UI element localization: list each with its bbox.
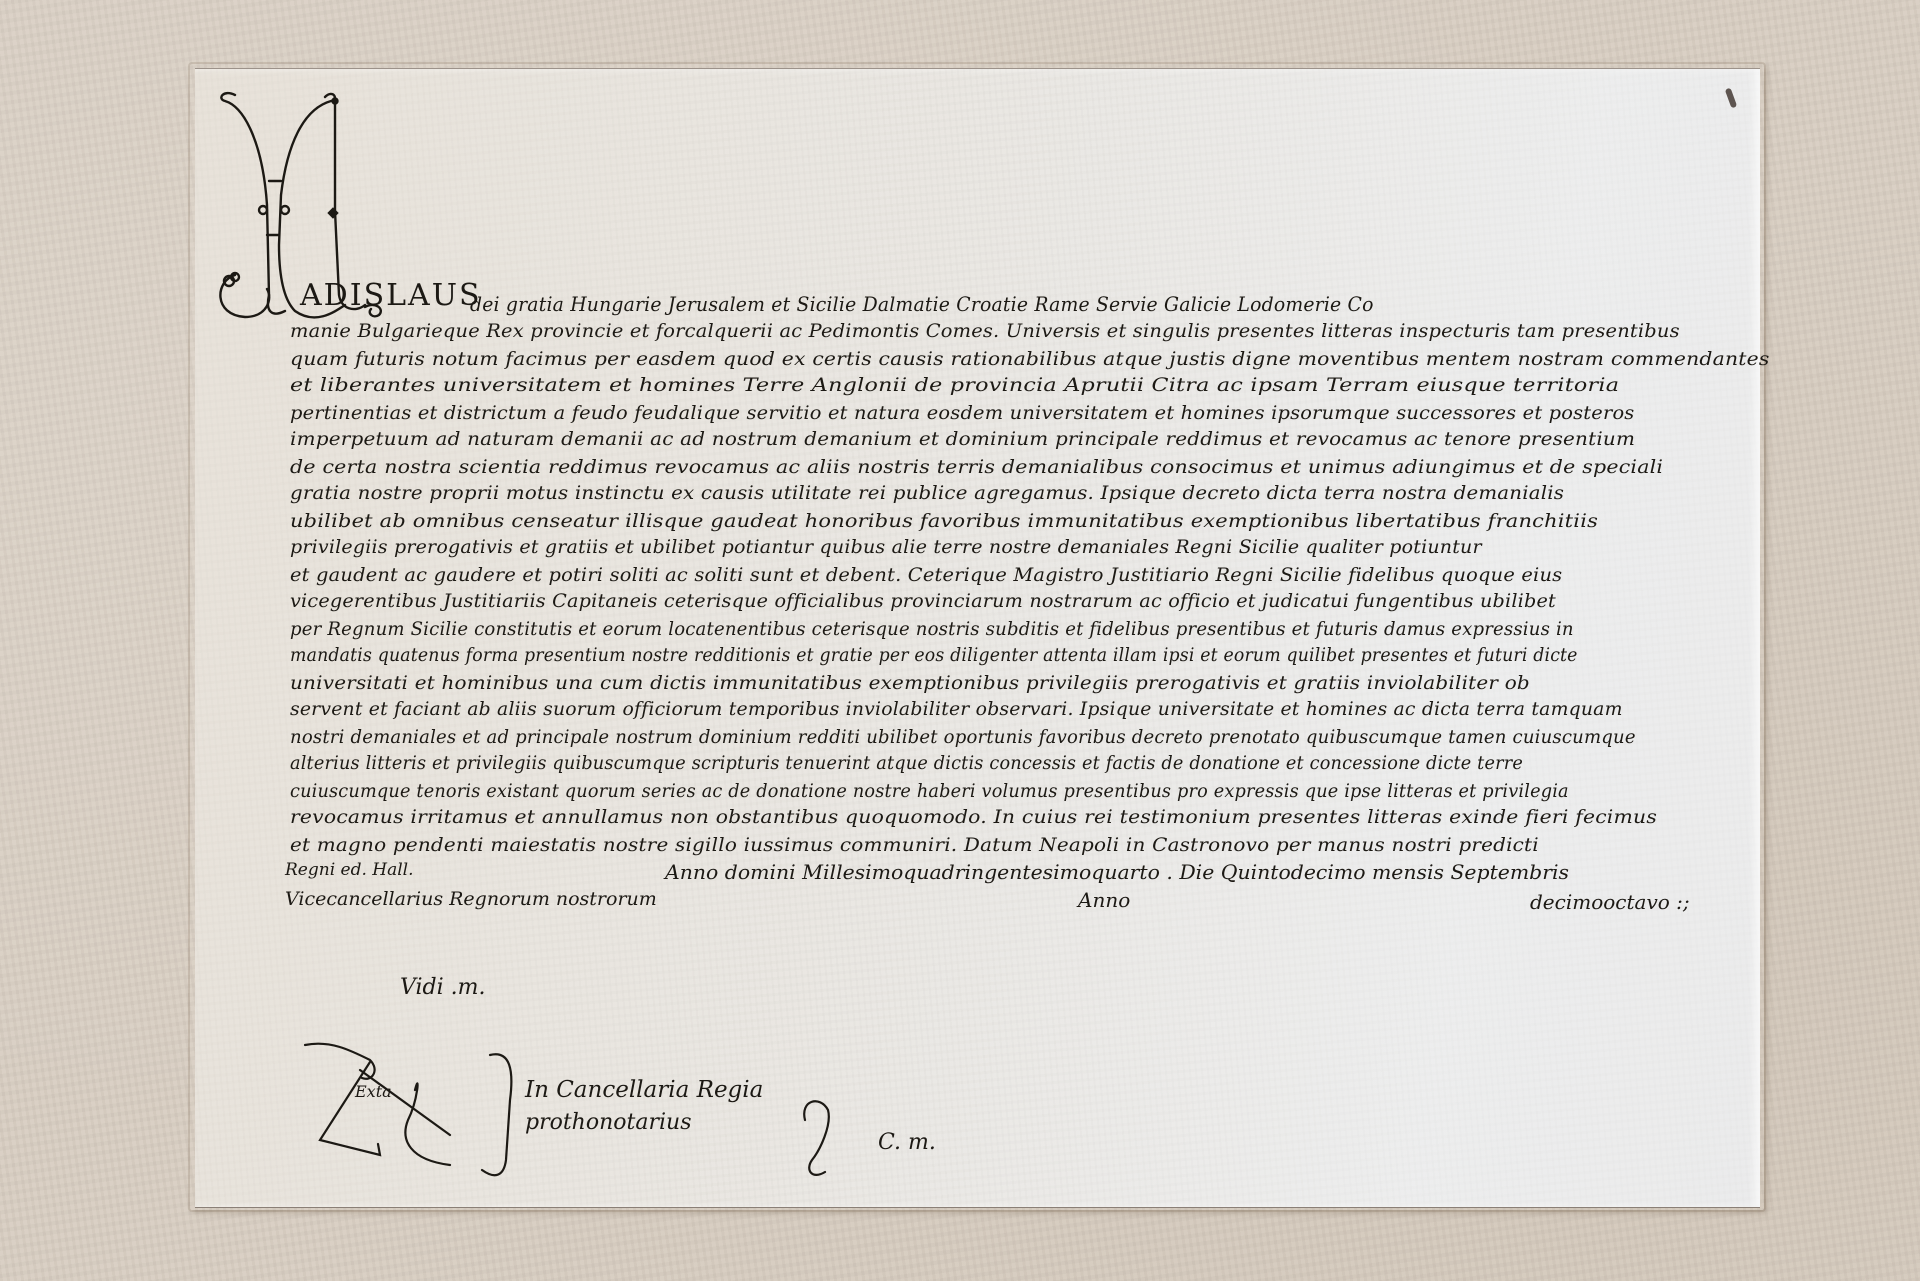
- body-line: quam futuris notum facimus per easdem qu…: [290, 348, 1770, 370]
- date-left-2: Vicecancellarius Regnorum nostrorum: [285, 888, 657, 910]
- body-line: et gaudent ac gaudere et potiri soliti a…: [290, 564, 1562, 586]
- heading-line: dei gratia Hungarie Jerusalem et Sicilie…: [470, 292, 1664, 316]
- body-line: gratia nostre proprii motus instinctu ex…: [290, 482, 1564, 504]
- signature-line-2: prothonotarius: [525, 1110, 691, 1135]
- body-line: cuiuscumque tenoris existant quorum seri…: [290, 780, 1569, 802]
- title-word: ADISLAUS: [300, 278, 482, 313]
- date-left-1: Regni ed. Hall.: [285, 860, 414, 880]
- body-line: vicegerentibus Justitiariis Capitaneis c…: [290, 590, 1556, 612]
- body-line: pertinentias et districtum a feudo feuda…: [290, 402, 1634, 424]
- body-line: de certa nostra scientia reddimus revoca…: [290, 456, 1663, 478]
- body-line: mandatis quatenus forma presentium nostr…: [290, 644, 1578, 666]
- signature-suffix: C. m.: [878, 1130, 936, 1155]
- body-line: imperpetuum ad naturam demanii ac ad nos…: [290, 428, 1635, 450]
- body-line: et liberantes universitatem et homines T…: [290, 374, 1619, 396]
- date-center-anno: Anno: [1078, 888, 1130, 912]
- body-line: servent et faciant ab aliis suorum offic…: [290, 698, 1623, 720]
- body-line: manie Bulgarieque Rex provincie et forca…: [290, 320, 1680, 342]
- body-line: privilegiis prerogativis et gratiis et u…: [290, 536, 1482, 558]
- date-right: decimooctavo :;: [1530, 890, 1690, 914]
- signature-line-1: In Cancellaria Regia: [525, 1077, 763, 1103]
- body-line: alterius litteris et privilegiis quibusc…: [290, 752, 1523, 774]
- body-line: ubilibet ab omnibus censeatur illisque g…: [290, 510, 1598, 532]
- body-line: universitati et hominibus una cum dictis…: [290, 672, 1530, 694]
- body-line: nostri demaniales et ad principale nostr…: [290, 726, 1636, 748]
- body-line: revocamus irritamus et annullamus non ob…: [290, 806, 1657, 828]
- date-center: Anno domini Millesimoquadringentesimoqua…: [665, 860, 1569, 884]
- vidi-mark: Vidi .m.: [400, 975, 486, 1000]
- signature-prefix: Exta: [355, 1082, 392, 1101]
- body-line: et magno pendenti maiestatis nostre sigi…: [290, 834, 1539, 856]
- body-line: per Regnum Sicilie constitutis et eorum …: [290, 618, 1574, 640]
